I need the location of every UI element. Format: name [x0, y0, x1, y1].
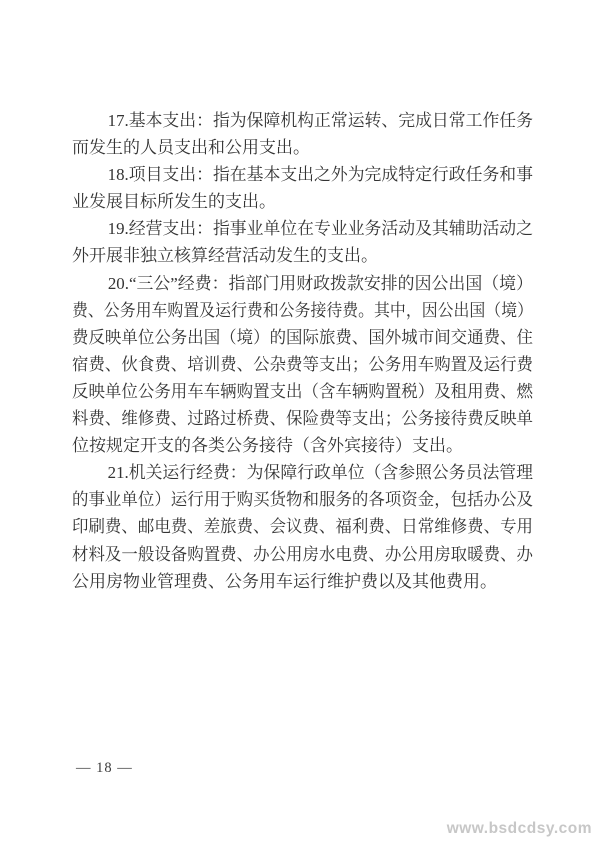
text-line-content: 费、公务用车购置及运行费和公务接待费。其中，因公出国（境） — [72, 297, 533, 324]
text-line: 业发展目标所发生的支出。 — [72, 188, 533, 215]
text-line: 的事业单位）运行用于购买货物和服务的各项资金，包括办公及 — [72, 486, 533, 513]
text-line-content: 印刷费、邮电费、差旅费、会议费、福利费、日常维修费、专用 — [72, 513, 533, 540]
text-line-content: 20.“三公”经费：指部门用财政拨款安排的因公出国（境） — [72, 270, 533, 297]
text-line-content: 的事业单位）运行用于购买货物和服务的各项资金，包括办公及 — [72, 486, 533, 513]
text-line: 费、公务用车购置及运行费和公务接待费。其中，因公出国（境） — [72, 297, 533, 324]
text-line: 18.项目支出：指在基本支出之外为完成特定行政任务和事 — [72, 161, 533, 188]
text-line: 公用房物业管理费、公务用车运行维护费以及其他费用。 — [72, 568, 533, 595]
document-page: 17.基本支出：指为保障机构正常运转、完成日常工作任务而发生的人员支出和公用支出… — [0, 0, 596, 842]
text-line: 外开展非独立核算经营活动发生的支出。 — [72, 242, 533, 269]
text-line-content: 19.经营支出：指事业单位在专业业务活动及其辅助活动之 — [72, 215, 533, 242]
text-line-content: 反映单位公务用车车辆购置支出（含车辆购置税）及租用费、燃 — [72, 378, 533, 405]
text-line: 印刷费、邮电费、差旅费、会议费、福利费、日常维修费、专用 — [72, 513, 533, 540]
text-line-content: 宿费、伙食费、培训费、公杂费等支出；公务用车购置及运行费 — [72, 351, 533, 378]
text-line-content: 17.基本支出：指为保障机构正常运转、完成日常工作任务 — [72, 107, 533, 134]
text-line: 宿费、伙食费、培训费、公杂费等支出；公务用车购置及运行费 — [72, 351, 533, 378]
paragraph-21: 21.机关运行经费：为保障行政单位（含参照公务员法管理的事业单位）运行用于购买货… — [72, 459, 533, 594]
document-body: 17.基本支出：指为保障机构正常运转、完成日常工作任务而发生的人员支出和公用支出… — [72, 107, 533, 595]
text-line-content: 外开展非独立核算经营活动发生的支出。 — [72, 242, 378, 269]
paragraph-20: 20.“三公”经费：指部门用财政拨款安排的因公出国（境）费、公务用车购置及运行费… — [72, 270, 533, 460]
text-line: 21.机关运行经费：为保障行政单位（含参照公务员法管理 — [72, 459, 533, 486]
paragraph-17: 17.基本支出：指为保障机构正常运转、完成日常工作任务而发生的人员支出和公用支出… — [72, 107, 533, 161]
page-number: — 18 — — [76, 760, 133, 777]
text-line-content: 18.项目支出：指在基本支出之外为完成特定行政任务和事 — [72, 161, 533, 188]
text-line: 而发生的人员支出和公用支出。 — [72, 134, 533, 161]
text-line: 20.“三公”经费：指部门用财政拨款安排的因公出国（境） — [72, 270, 533, 297]
text-line: 19.经营支出：指事业单位在专业业务活动及其辅助活动之 — [72, 215, 533, 242]
text-line: 17.基本支出：指为保障机构正常运转、完成日常工作任务 — [72, 107, 533, 134]
paragraph-19: 19.经营支出：指事业单位在专业业务活动及其辅助活动之外开展非独立核算经营活动发… — [72, 215, 533, 269]
text-line-content: 而发生的人员支出和公用支出。 — [72, 134, 310, 161]
text-line-content: 料费、维修费、过路过桥费、保险费等支出；公务接待费反映单 — [72, 405, 533, 432]
text-line: 费反映单位公务出国（境）的国际旅费、国外城市间交通费、住 — [72, 324, 533, 351]
text-line: 位按规定开支的各类公务接待（含外宾接待）支出。 — [72, 432, 533, 459]
text-line: 料费、维修费、过路过桥费、保险费等支出；公务接待费反映单 — [72, 405, 533, 432]
text-line-content: 公用房物业管理费、公务用车运行维护费以及其他费用。 — [72, 568, 497, 595]
text-line-content: 材料及一般设备购置费、办公用房水电费、办公用房取暖费、办 — [72, 541, 533, 568]
text-line: 反映单位公务用车车辆购置支出（含车辆购置税）及租用费、燃 — [72, 378, 533, 405]
text-line-content: 位按规定开支的各类公务接待（含外宾接待）支出。 — [72, 432, 463, 459]
text-line-content: 21.机关运行经费：为保障行政单位（含参照公务员法管理 — [72, 459, 533, 486]
watermark: www.bsdcdsy.com — [447, 820, 592, 838]
text-line-content: 业发展目标所发生的支出。 — [72, 188, 276, 215]
text-line: 材料及一般设备购置费、办公用房水电费、办公用房取暖费、办 — [72, 541, 533, 568]
paragraph-18: 18.项目支出：指在基本支出之外为完成特定行政任务和事业发展目标所发生的支出。 — [72, 161, 533, 215]
text-line-content: 费反映单位公务出国（境）的国际旅费、国外城市间交通费、住 — [72, 324, 533, 351]
